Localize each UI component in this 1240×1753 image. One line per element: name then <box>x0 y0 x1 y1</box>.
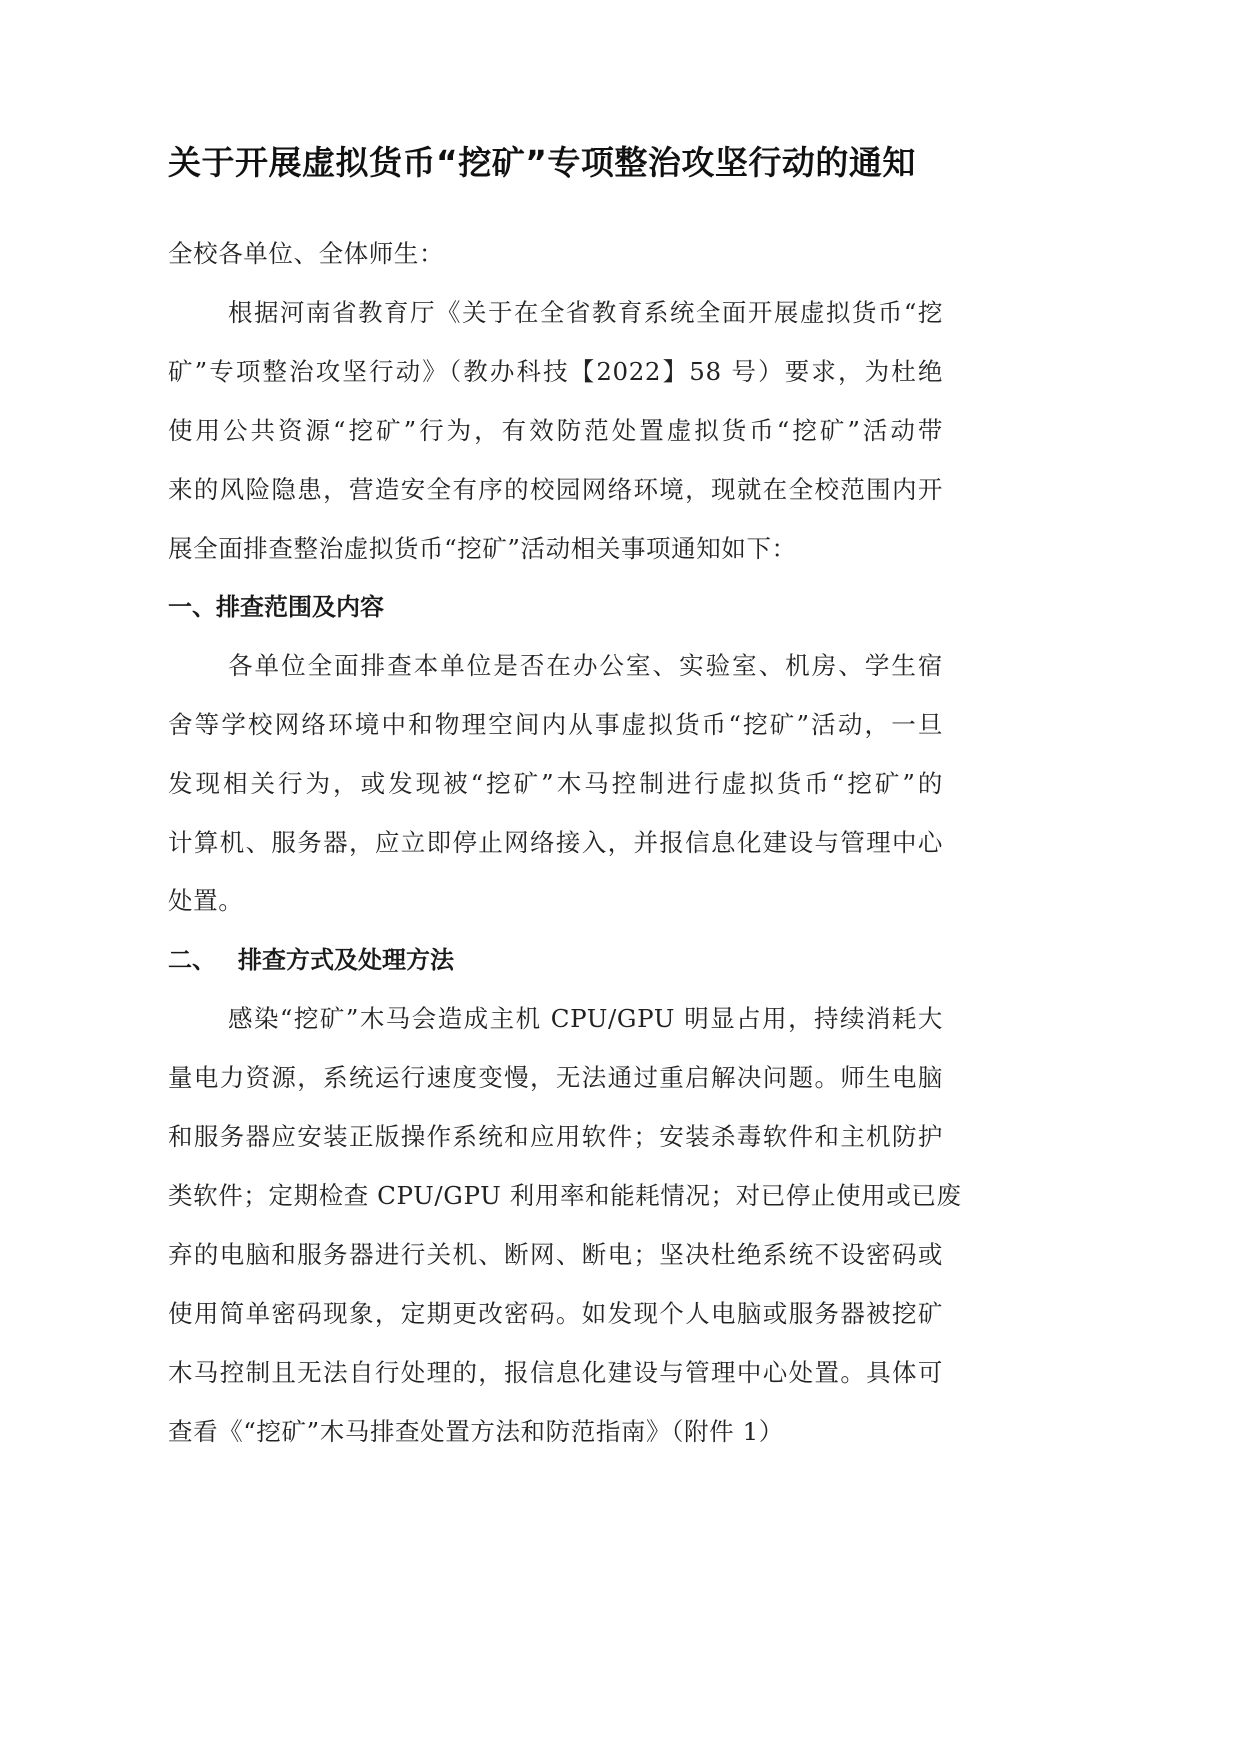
paragraph-line: 和服务器应安装正版操作系统和应用软件；安装杀毒软件和主机防护 <box>168 1117 943 1157</box>
section-title: 排查范围及内容 <box>216 593 384 621</box>
paragraph-line: 各单位全面排查本单位是否在办公室、实验室、机房、学生宿 <box>228 646 943 686</box>
paragraph-line: 木马控制且无法自行处理的，报信息化建设与管理中心处置。具体可 <box>168 1353 943 1393</box>
intro-line: 根据河南省教育厅《关于在全省教育系统全面开展虚拟货币“挖 <box>228 293 943 333</box>
document-title: 关于开展虚拟货币“挖矿”专项整治攻坚行动的通知 <box>168 138 948 188</box>
section-number: 二、 <box>168 940 216 980</box>
section-heading-2: 二、排查方式及处理方法 <box>168 940 454 980</box>
paragraph-line: 类软件；定期检查 CPU/GPU 利用率和能耗情况；对已停止使用或已废 <box>168 1176 943 1216</box>
intro-line: 展全面排查整治虚拟货币“挖矿”活动相关事项通知如下： <box>168 529 943 569</box>
document-page: 关于开展虚拟货币“挖矿”专项整治攻坚行动的通知 全校各单位、全体师生： 根据河南… <box>0 0 1240 1753</box>
salutation: 全校各单位、全体师生： <box>168 234 943 274</box>
intro-line: 矿”专项整治攻坚行动》（教办科技【2022】58 号）要求，为杜绝 <box>168 352 943 392</box>
paragraph-line: 查看《“挖矿”木马排查处置方法和防范指南》（附件 1） <box>168 1412 943 1452</box>
intro-line: 来的风险隐患，营造安全有序的校园网络环境，现就在全校范围内开 <box>168 470 943 510</box>
section-heading-1: 一、排查范围及内容 <box>168 587 384 627</box>
paragraph-line: 处置。 <box>168 881 943 921</box>
paragraph-line: 弃的电脑和服务器进行关机、断网、断电；坚决杜绝系统不设密码或 <box>168 1235 943 1275</box>
paragraph-line: 计算机、服务器，应立即停止网络接入，并报信息化建设与管理中心 <box>168 823 943 863</box>
section-title: 排查方式及处理方法 <box>238 946 454 974</box>
paragraph-line: 感染“挖矿”木马会造成主机 CPU/GPU 明显占用，持续消耗大 <box>228 999 943 1039</box>
intro-line: 使用公共资源“挖矿”行为，有效防范处置虚拟货币“挖矿”活动带 <box>168 411 943 451</box>
paragraph-line: 使用简单密码现象，定期更改密码。如发现个人电脑或服务器被挖矿 <box>168 1294 943 1334</box>
paragraph-line: 发现相关行为，或发现被“挖矿”木马控制进行虚拟货币“挖矿”的 <box>168 764 943 804</box>
section-number: 一、 <box>168 587 216 627</box>
paragraph-line: 舍等学校网络环境中和物理空间内从事虚拟货币“挖矿”活动，一旦 <box>168 705 943 745</box>
paragraph-line: 量电力资源，系统运行速度变慢，无法通过重启解决问题。师生电脑 <box>168 1058 943 1098</box>
